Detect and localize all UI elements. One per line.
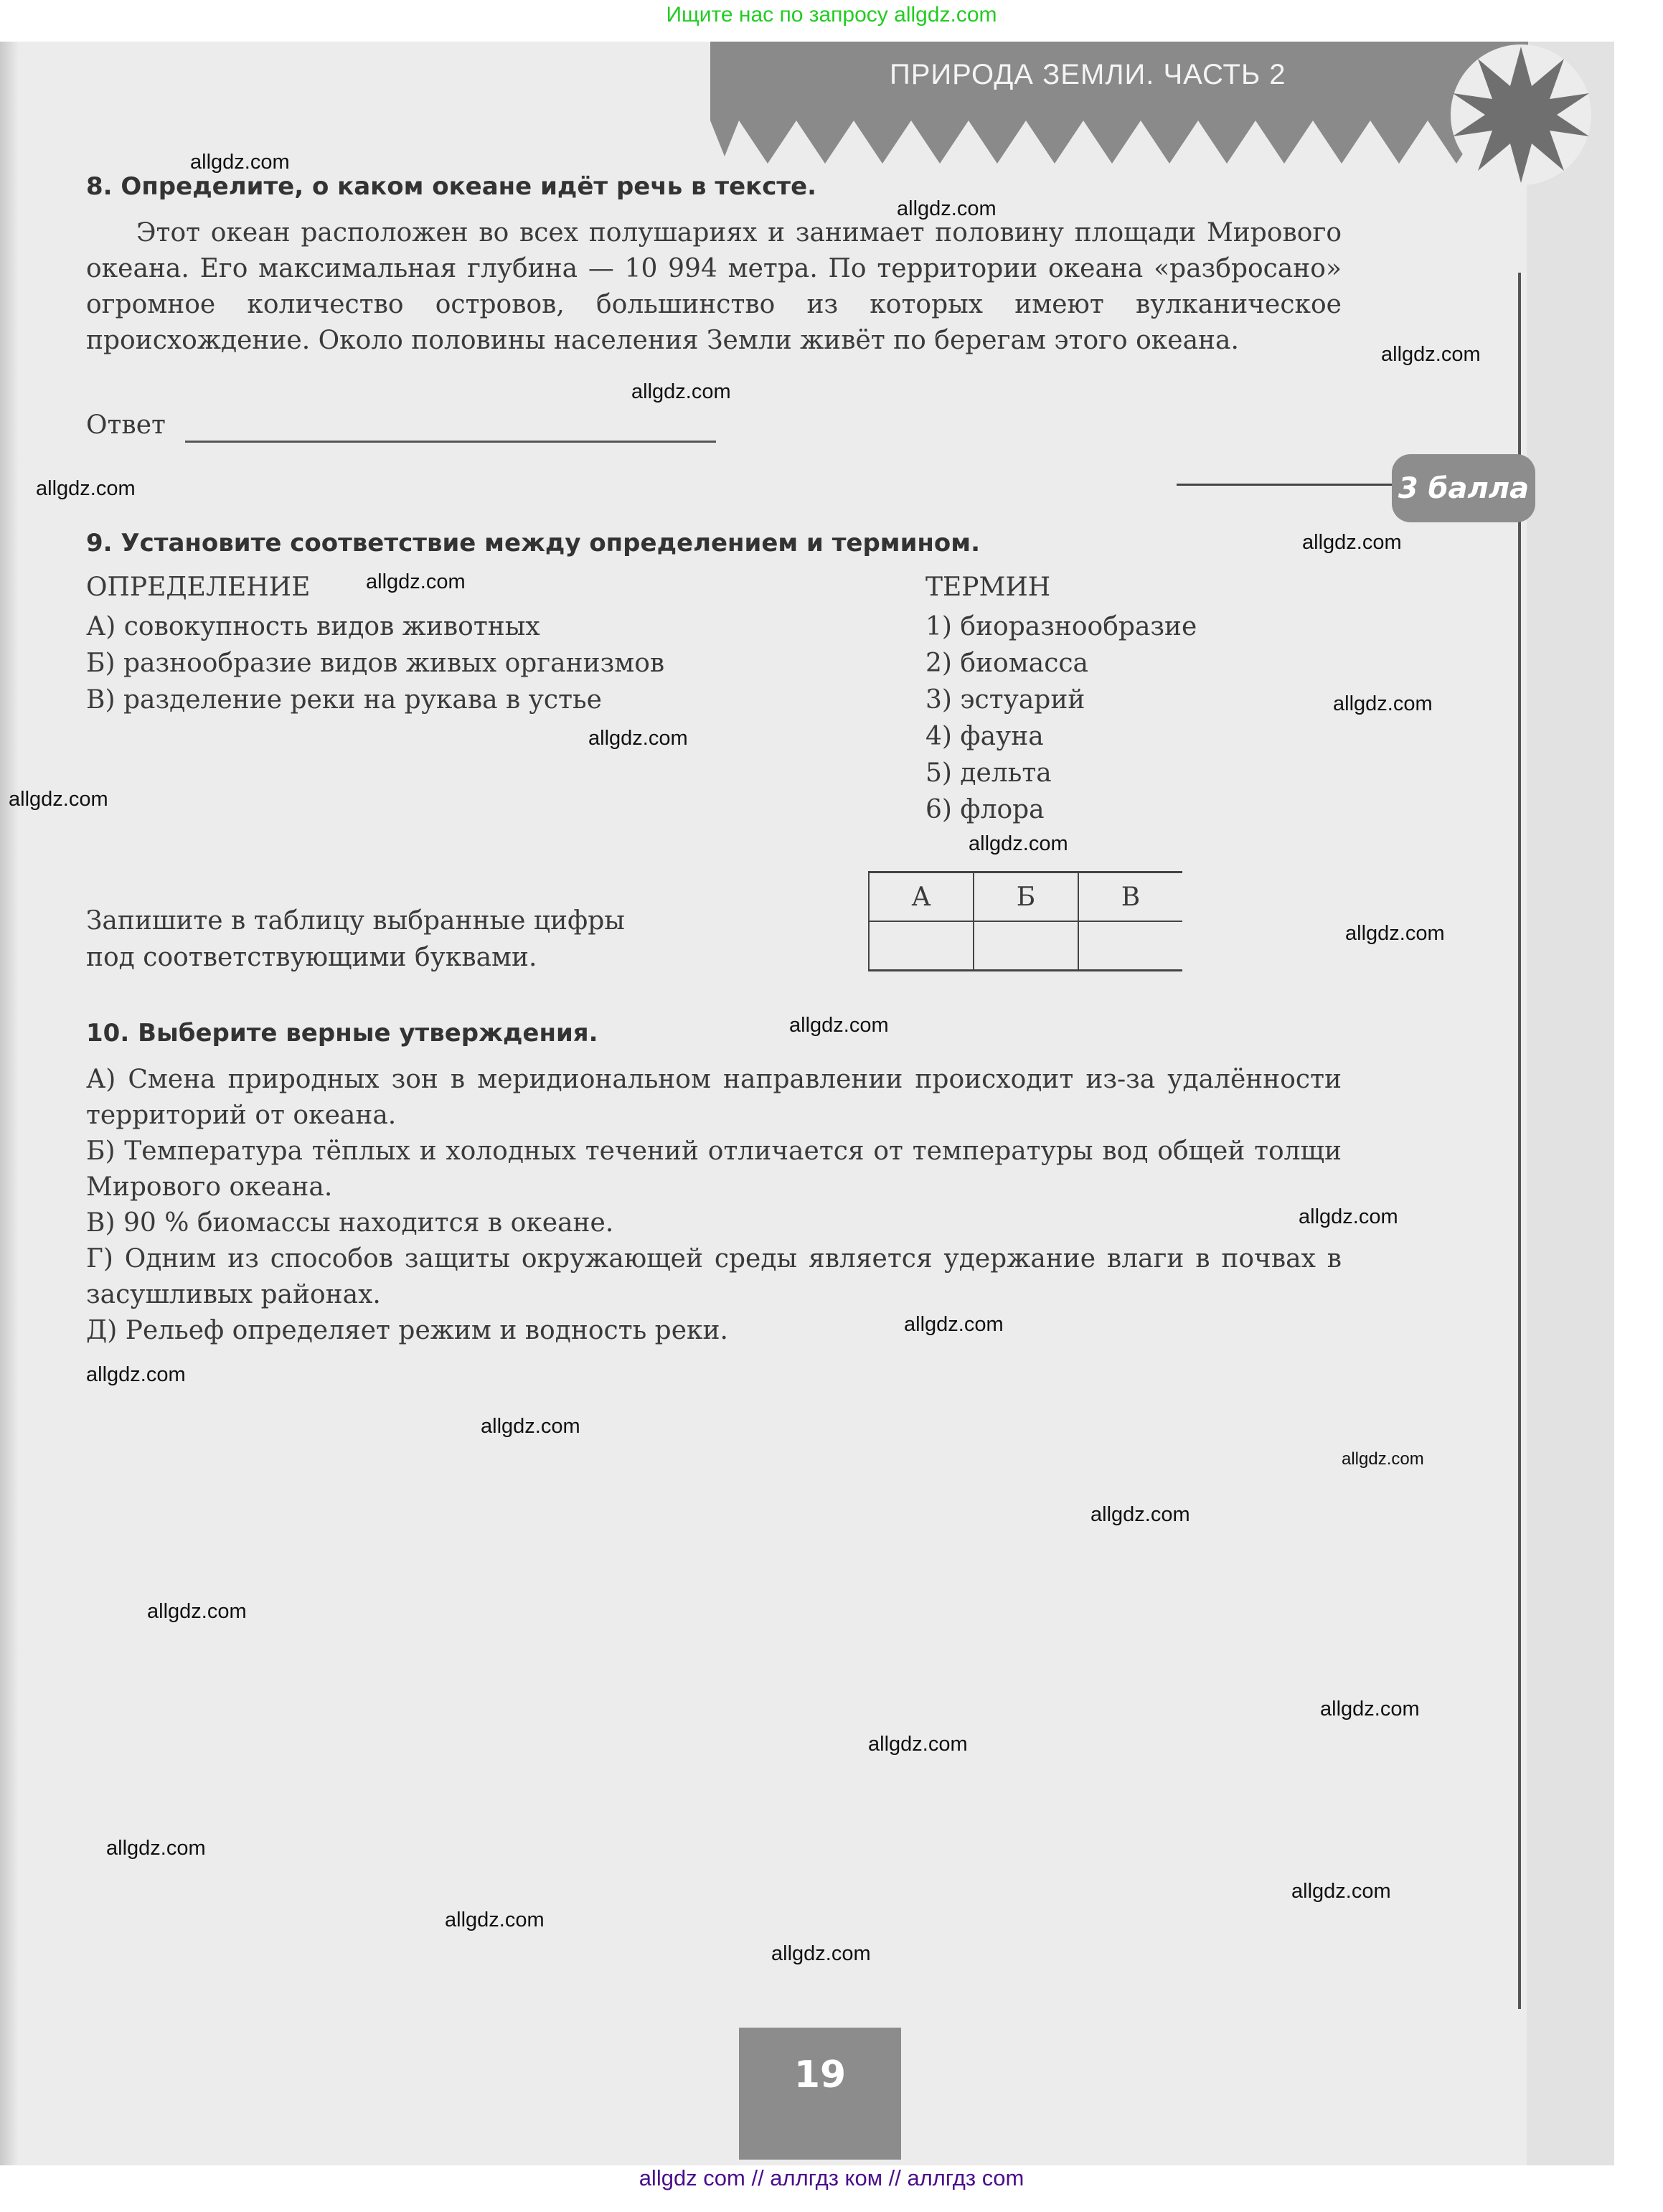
watermark: allgdz.com xyxy=(1333,692,1433,716)
statement-item: Г) Одним из способов защиты окружающей с… xyxy=(86,1241,1342,1313)
terms-list: 1) биоразнообразие 2) биомасса 3) эстуар… xyxy=(925,608,1197,828)
score-badge: 3 балла xyxy=(1392,454,1535,522)
term-item: 3) эстуарий xyxy=(925,682,1197,718)
definition-item: Б) разнообразие видов живых организмов xyxy=(86,645,664,682)
statement-item: А) Смена природных зон в меридиональном … xyxy=(86,1062,1342,1134)
answer-table: А Б В xyxy=(868,871,1182,971)
watermark: allgdz.com xyxy=(481,1415,580,1439)
answer-input-line[interactable] xyxy=(185,441,716,443)
watermark: allgdz.com xyxy=(868,1733,968,1756)
watermark: allgdz.com xyxy=(789,1014,889,1037)
question-8-text: Этот океан расположен во всех полушариях… xyxy=(86,215,1342,359)
watermark: allgdz.com xyxy=(1090,1503,1190,1527)
answer-table-header-v: В xyxy=(1078,872,1182,922)
page-number: 19 xyxy=(739,2053,901,2096)
answer-cell-b[interactable] xyxy=(974,921,1078,971)
terms-header: ТЕРМИН xyxy=(925,573,1050,602)
term-item: 1) биоразнообразие xyxy=(925,608,1197,645)
statements-list: А) Смена природных зон в меридиональном … xyxy=(86,1062,1342,1349)
term-item: 6) флора xyxy=(925,791,1197,828)
watermark: allgdz.com xyxy=(106,1837,206,1860)
watermark: allgdz.com xyxy=(445,1909,545,1932)
question-9-title: 9. Установите соответствие между определ… xyxy=(86,529,980,557)
score-divider-line xyxy=(1177,484,1395,486)
answer-table-header-row: А Б В xyxy=(869,872,1182,922)
watermark: allgdz.com xyxy=(1299,1205,1398,1229)
answer-label: Ответ xyxy=(86,410,166,440)
definition-item: А) совокупность видов животных xyxy=(86,608,664,645)
page-binding-shadow xyxy=(0,42,19,2165)
question-8-title: 8. Определите, о каком океане идёт речь … xyxy=(86,172,816,201)
question-8-paragraph: Этот океан расположен во всех полушариях… xyxy=(86,215,1342,359)
watermark: allgdz.com xyxy=(36,477,136,501)
term-item: 2) биомасса xyxy=(925,645,1197,682)
watermark: allgdz.com xyxy=(1342,1449,1424,1469)
answer-cell-v[interactable] xyxy=(1078,921,1182,971)
definitions-header: ОПРЕДЕЛЕНИЕ xyxy=(86,573,310,602)
table-instruction: Запишите в таблицу выбранные цифры под с… xyxy=(86,903,732,976)
chapter-title: ПРИРОДА ЗЕМЛИ. ЧАСТЬ 2 xyxy=(890,59,1286,91)
watermark: allgdz.com xyxy=(366,570,466,594)
answer-table-header-a: А xyxy=(869,872,974,922)
watermark: allgdz.com xyxy=(771,1942,871,1966)
answer-table-input-row xyxy=(869,921,1182,971)
answer-table-header-b: Б xyxy=(974,872,1078,922)
watermark: allgdz.com xyxy=(86,1363,186,1387)
watermark: allgdz.com xyxy=(190,151,290,174)
watermark: allgdz.com xyxy=(897,197,997,221)
question-10-title: 10. Выберите верные утверждения. xyxy=(86,1019,598,1048)
statement-item: В) 90 % биомассы находится в океане. xyxy=(86,1205,1342,1241)
watermark: allgdz.com xyxy=(1320,1698,1420,1721)
watermark: allgdz.com xyxy=(588,727,688,750)
watermark: allgdz.com xyxy=(904,1313,1004,1337)
watermark: allgdz.com xyxy=(1291,1880,1391,1903)
watermark: allgdz.com xyxy=(9,788,108,811)
instruction-line: под соответствующими буквами. xyxy=(86,939,732,976)
statement-item: Б) Температура тёплых и холодных течений… xyxy=(86,1134,1342,1205)
watermark: allgdz.com xyxy=(969,832,1068,856)
margin-divider-line xyxy=(1518,273,1521,2009)
watermark: allgdz.com xyxy=(1381,343,1481,367)
search-hint-banner: Ищите нас по запросу allgdz.com xyxy=(0,3,1663,27)
instruction-line: Запишите в таблицу выбранные цифры xyxy=(86,903,732,939)
right-margin-strip xyxy=(1527,42,1614,2165)
watermark: allgdz.com xyxy=(147,1600,247,1624)
statement-item: Д) Рельеф определяет режим и водность ре… xyxy=(86,1313,1342,1349)
term-item: 5) дельта xyxy=(925,755,1197,791)
answer-cell-a[interactable] xyxy=(869,921,974,971)
watermark: allgdz.com xyxy=(1345,922,1445,946)
watermark: allgdz.com xyxy=(631,380,731,404)
star-burst-icon xyxy=(1449,43,1593,187)
term-item: 4) фауна xyxy=(925,718,1197,755)
definition-item: В) разделение реки на рукава в устье xyxy=(86,682,664,718)
footer-links: allgdz com // аллгдз ком // аллгдз com xyxy=(0,2165,1663,2191)
watermark: allgdz.com xyxy=(1302,531,1402,555)
definitions-list: А) совокупность видов животных Б) разноо… xyxy=(86,608,664,718)
